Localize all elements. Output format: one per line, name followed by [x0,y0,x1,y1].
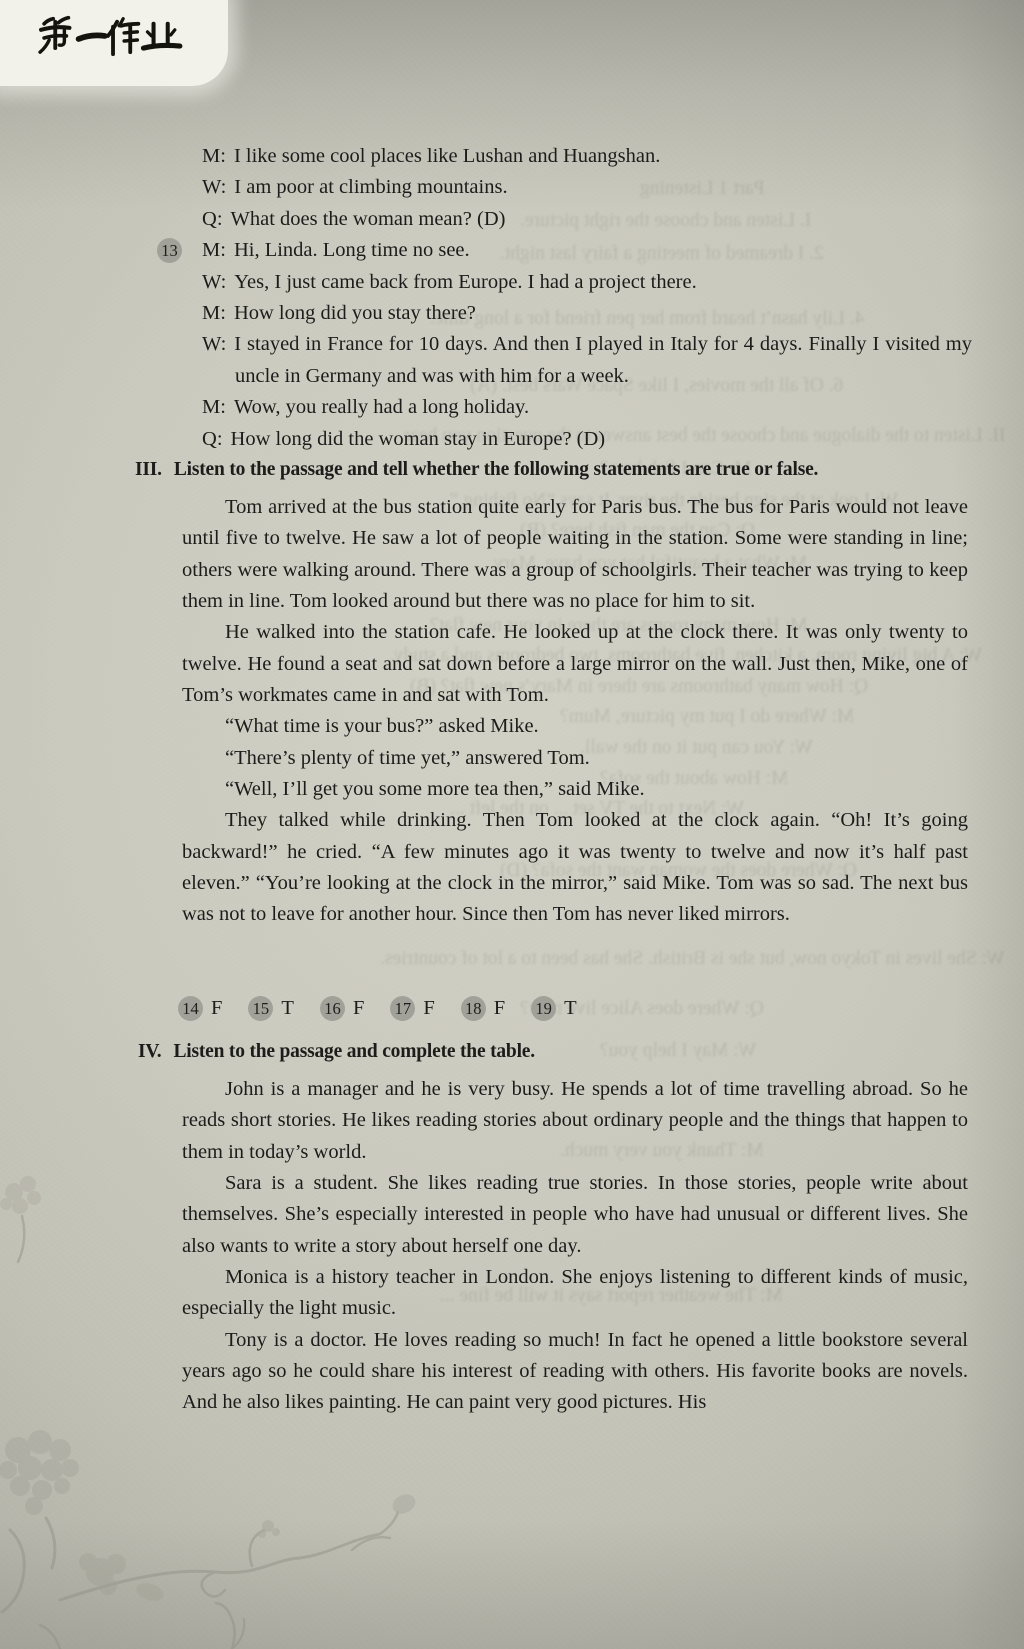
answer-item: 14F [178,996,222,1021]
true-false-answers-row: 14F 15T 16F 17F 18F 19T [178,996,577,1021]
speaker-label: M [202,145,234,167]
answer-number-badge: 14 [178,996,203,1021]
dialogue-line: 13MHi, Linda. Long time no see. [202,235,972,266]
dialogue-line: WYes, I just came back from Europe. I ha… [202,267,972,298]
answer-value: F [494,997,505,1020]
dialogue-text: I stayed in France for 10 days. And then… [234,333,972,386]
workbook-page: Part 1 Listening I. Listen and choose th… [0,0,1024,1649]
dialogue-line: WI am poor at climbing mountains. [202,172,972,203]
section4-heading: IV.Listen to the passage and complete th… [138,1041,535,1063]
logo-card [0,0,228,86]
speaker-label: W [202,271,234,293]
speaker-label: M [202,239,234,261]
speaker-label: M [202,396,234,418]
answer-item: 15T [248,996,294,1021]
speaker-label: M [202,302,234,324]
answer-item: 17F [390,996,434,1021]
speaker-label: Q [202,208,231,230]
dialogue-line: MI like some cool places like Lushan and… [202,141,972,172]
dialogue-line: MWow, you really had a long holiday. [202,392,972,423]
section3-number: III. [135,459,174,480]
passage-paragraph: “What time is your bus?” asked Mike. [182,711,968,742]
answer-number-badge: 18 [461,996,486,1021]
answer-item: 19T [531,996,577,1021]
answer-number-badge: 17 [390,996,415,1021]
dialogue-block: MI like some cool places like Lushan and… [202,141,972,455]
dialogue-text: Hi, Linda. Long time no see. [234,239,470,261]
dialogue-text: Yes, I just came back from Europe. I had… [234,271,696,293]
bleed-through-line: W: She lives in Tokyo now, but she is Br… [380,948,1005,970]
section4-passage: John is a manager and he is very busy. H… [182,1074,968,1419]
passage-paragraph: “Well, I’ll get you some more tea then,”… [182,774,968,805]
answer-item: 16F [320,996,364,1021]
answer-number-badge: 19 [531,996,556,1021]
question-number-badge: 13 [157,238,182,263]
section3-title: Listen to the passage and tell whether t… [174,459,818,480]
speaker-label: W [202,176,234,198]
answer-item: 18F [461,996,505,1021]
passage-paragraph: John is a manager and he is very busy. H… [182,1074,968,1168]
answer-value: T [281,997,294,1020]
passage-paragraph: They talked while drinking. Then Tom loo… [182,805,968,930]
dialogue-line: MHow long did you stay there? [202,298,972,329]
calligraphy-logo-di-yi-zuo-ye [36,13,188,67]
passage-paragraph: Sara is a student. She likes reading tru… [182,1168,968,1262]
passage-paragraph: Monica is a history teacher in London. S… [182,1262,968,1325]
section4-number: IV. [138,1041,173,1062]
passage-paragraph: “There’s plenty of time yet,” answered T… [182,743,968,774]
speaker-label: W [202,333,234,355]
dialogue-text: Wow, you really had a long holiday. [234,396,529,418]
dialogue-text: I like some cool places like Lushan and … [234,145,660,167]
answer-number-badge: 16 [320,996,345,1021]
passage-paragraph: Tony is a doctor. He loves reading so mu… [182,1325,968,1419]
section4-title: Listen to the passage and complete the t… [173,1041,534,1062]
bottom-edge-shadow [0,1519,1024,1649]
section3-passage: Tom arrived at the bus station quite ear… [182,492,968,931]
dialogue-text: What does the woman mean? (D) [231,208,506,230]
section3-heading: III.Listen to the passage and tell wheth… [135,459,818,481]
answer-value: T [564,997,577,1020]
dialogue-text: I am poor at climbing mountains. [234,176,507,198]
dialogue-line: QWhat does the woman mean? (D) [202,204,972,235]
passage-paragraph: Tom arrived at the bus station quite ear… [182,492,968,617]
passage-paragraph: He walked into the station cafe. He look… [182,617,968,711]
dialogue-text: How long did you stay there? [234,302,476,324]
answer-number-badge: 15 [248,996,273,1021]
answer-value: F [423,997,434,1020]
answer-value: F [211,997,222,1020]
dialogue-line: WI stayed in France for 10 days. And the… [202,329,972,392]
dialogue-text: How long did the woman stay in Europe? (… [231,428,606,450]
speaker-label: Q [202,428,231,450]
dialogue-line: QHow long did the woman stay in Europe? … [202,424,972,455]
bleed-through-line: W: May I help you? [600,1040,756,1062]
answer-value: F [353,997,364,1020]
